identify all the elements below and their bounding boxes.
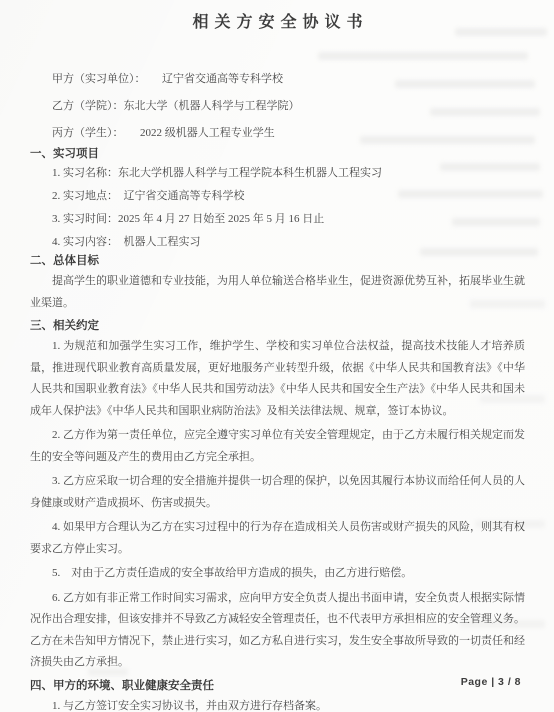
- clause-4: 4. 如果甲方合理认为乙方在实习过程中的行为存在造成相关人员伤害或财产损失的风险…: [30, 517, 525, 560]
- internship-item-time: 3. 实习时间：2025 年 4 月 27 日始至 2025 年 5 月 16 …: [52, 208, 525, 231]
- party-line-c: 丙方（学生）： 2022 级机器人工程专业学生: [52, 120, 525, 147]
- internship-item-name: 1. 实习名称：东北大学机器人科学与工程学院本科生机器人工程实习: [52, 162, 525, 185]
- clause-2: 2. 乙方作为第一责任单位，应完全遵守实习单位有关安全管理规定，由于乙方未履行相…: [30, 425, 525, 468]
- internship-item-content: 4. 实习内容： 机器人工程实习: [52, 231, 525, 254]
- clause-1: 1. 为规范和加强学生实习工作，维护学生、学校和实习单位合法权益，提高技术技能人…: [30, 336, 525, 422]
- parties-block: 甲方（实习单位）： 辽宁省交通高等专科学校 乙方（学院）：东北大学（机器人科学与…: [30, 66, 525, 147]
- party-line-b: 乙方（学院）：东北大学（机器人科学与工程学院）: [52, 93, 525, 120]
- clause-6: 6. 乙方如有非正常工作时间实习需求，应向甲方安全负责人提出书面申请，安全负责人…: [30, 588, 525, 674]
- internship-items: 1. 实习名称：东北大学机器人科学与工程学院本科生机器人工程实习 2. 实习地点…: [30, 162, 525, 254]
- document-page: 相关方安全协议书 甲方（实习单位）： 辽宁省交通高等专科学校 乙方（学院）：东北…: [0, 0, 554, 712]
- section-heading-internship-project: 一、实习项目: [30, 147, 525, 162]
- party-a-responsibility-item: 1. 与乙方签订安全实习协议书，并由双方进行存档备案。: [30, 696, 525, 712]
- clause-3: 3. 乙方应采取一切合理的安全措施并提供一切合理的保护，以免因其履行本协议而给任…: [30, 471, 525, 514]
- section-heading-agreements: 三、相关约定: [30, 317, 525, 336]
- clause-5: 5. 对由于乙方责任造成的安全事故给甲方造成的损失，由乙方进行赔偿。: [30, 563, 525, 585]
- section-heading-overall-goal: 二、总体目标: [30, 252, 525, 271]
- page-number: Page | 3 / 8: [461, 676, 521, 688]
- party-line-a: 甲方（实习单位）： 辽宁省交通高等专科学校: [52, 66, 525, 93]
- page-title: 相关方安全协议书: [30, 13, 525, 33]
- document-content: 相关方安全协议书 甲方（实习单位）： 辽宁省交通高等专科学校 乙方（学院）：东北…: [0, 0, 554, 712]
- overall-goal-paragraph: 提高学生的职业道德和专业技能，为用人单位输送合格毕业生，促进资源优势互补，拓展毕…: [30, 271, 525, 314]
- internship-item-location: 2. 实习地点： 辽宁省交通高等专科学校: [52, 185, 525, 208]
- section-heading-party-a-responsibility: 四、甲方的环境、职业健康安全责任: [30, 677, 525, 696]
- agreement-clauses: 1. 为规范和加强学生实习工作，维护学生、学校和实习单位合法权益，提高技术技能人…: [30, 336, 525, 674]
